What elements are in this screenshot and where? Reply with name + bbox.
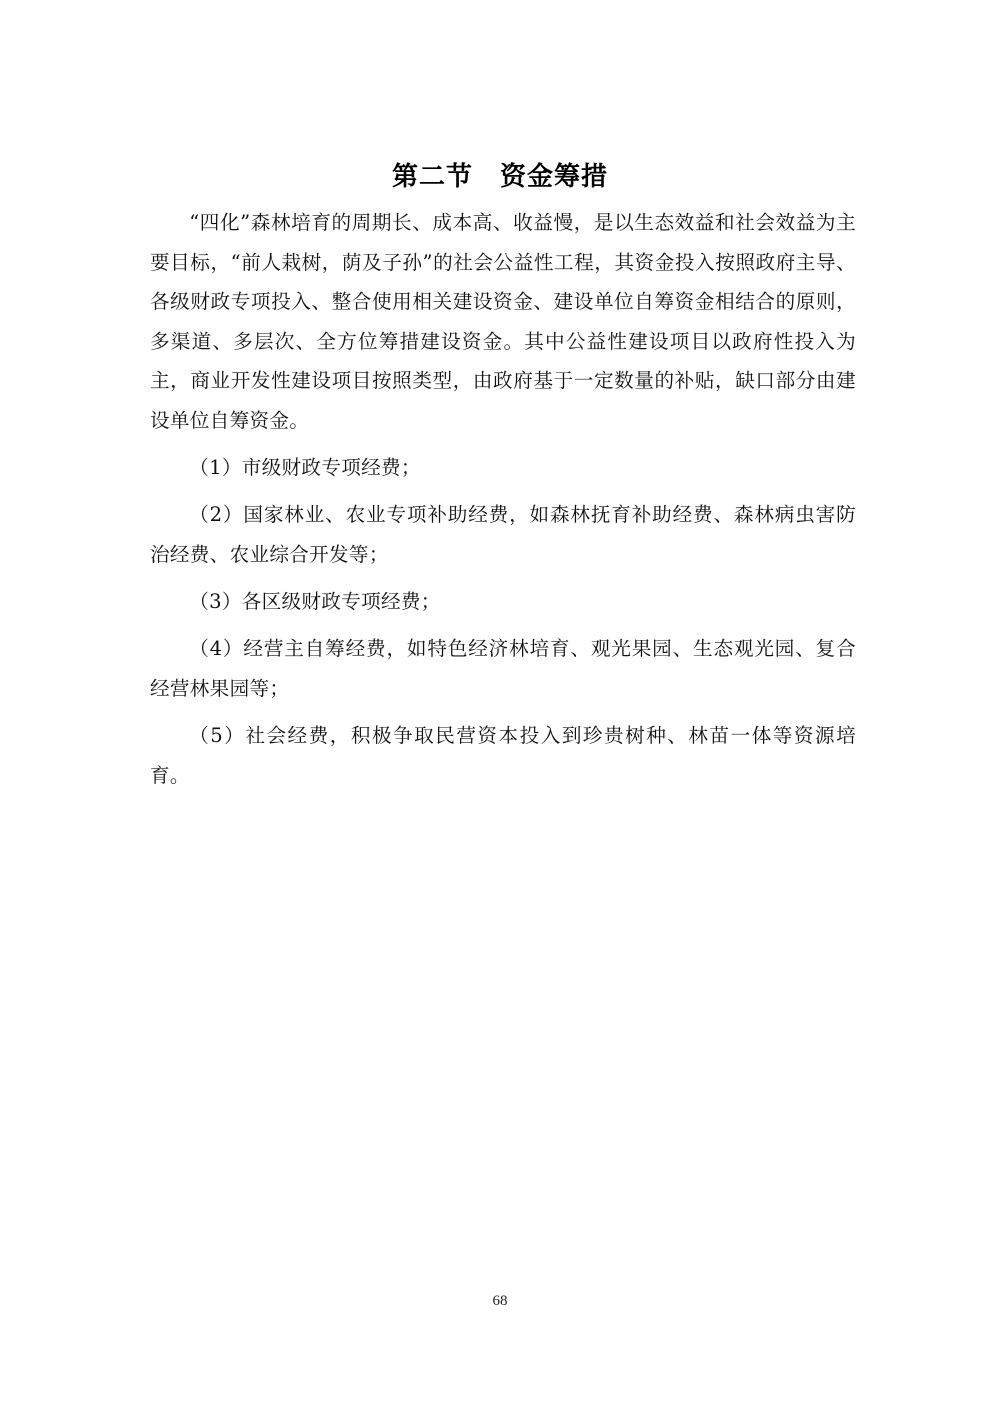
funding-item-3: （3）各区级财政专项经费； (150, 582, 856, 622)
intro-paragraph: “四化”森林培育的周期长、成本高、收益慢，是以生态效益和社会效益为主要目标，“前… (150, 203, 856, 441)
funding-item-5: （5）社会经费，积极争取民营资本投入到珍贵树种、林苗一体等资源培育。 (150, 716, 856, 795)
section-title: 第二节 资金筹措 (0, 156, 1000, 193)
document-page: 第二节 资金筹措 “四化”森林培育的周期长、成本高、收益慢，是以生态效益和社会效… (0, 0, 1000, 1414)
funding-item-4: （4）经营主自筹经费，如特色经济林培育、观光果园、生态观光园、复合经营林果园等； (150, 629, 856, 708)
funding-item-2: （2）国家林业、农业专项补助经费，如森林抚育补助经费、森林病虫害防治经费、农业综… (150, 495, 856, 574)
page-number: 68 (0, 1293, 1000, 1310)
funding-item-1: （1）市级财政专项经费； (150, 448, 856, 488)
body-text: “四化”森林培育的周期长、成本高、收益慢，是以生态效益和社会效益为主要目标，“前… (150, 203, 856, 795)
